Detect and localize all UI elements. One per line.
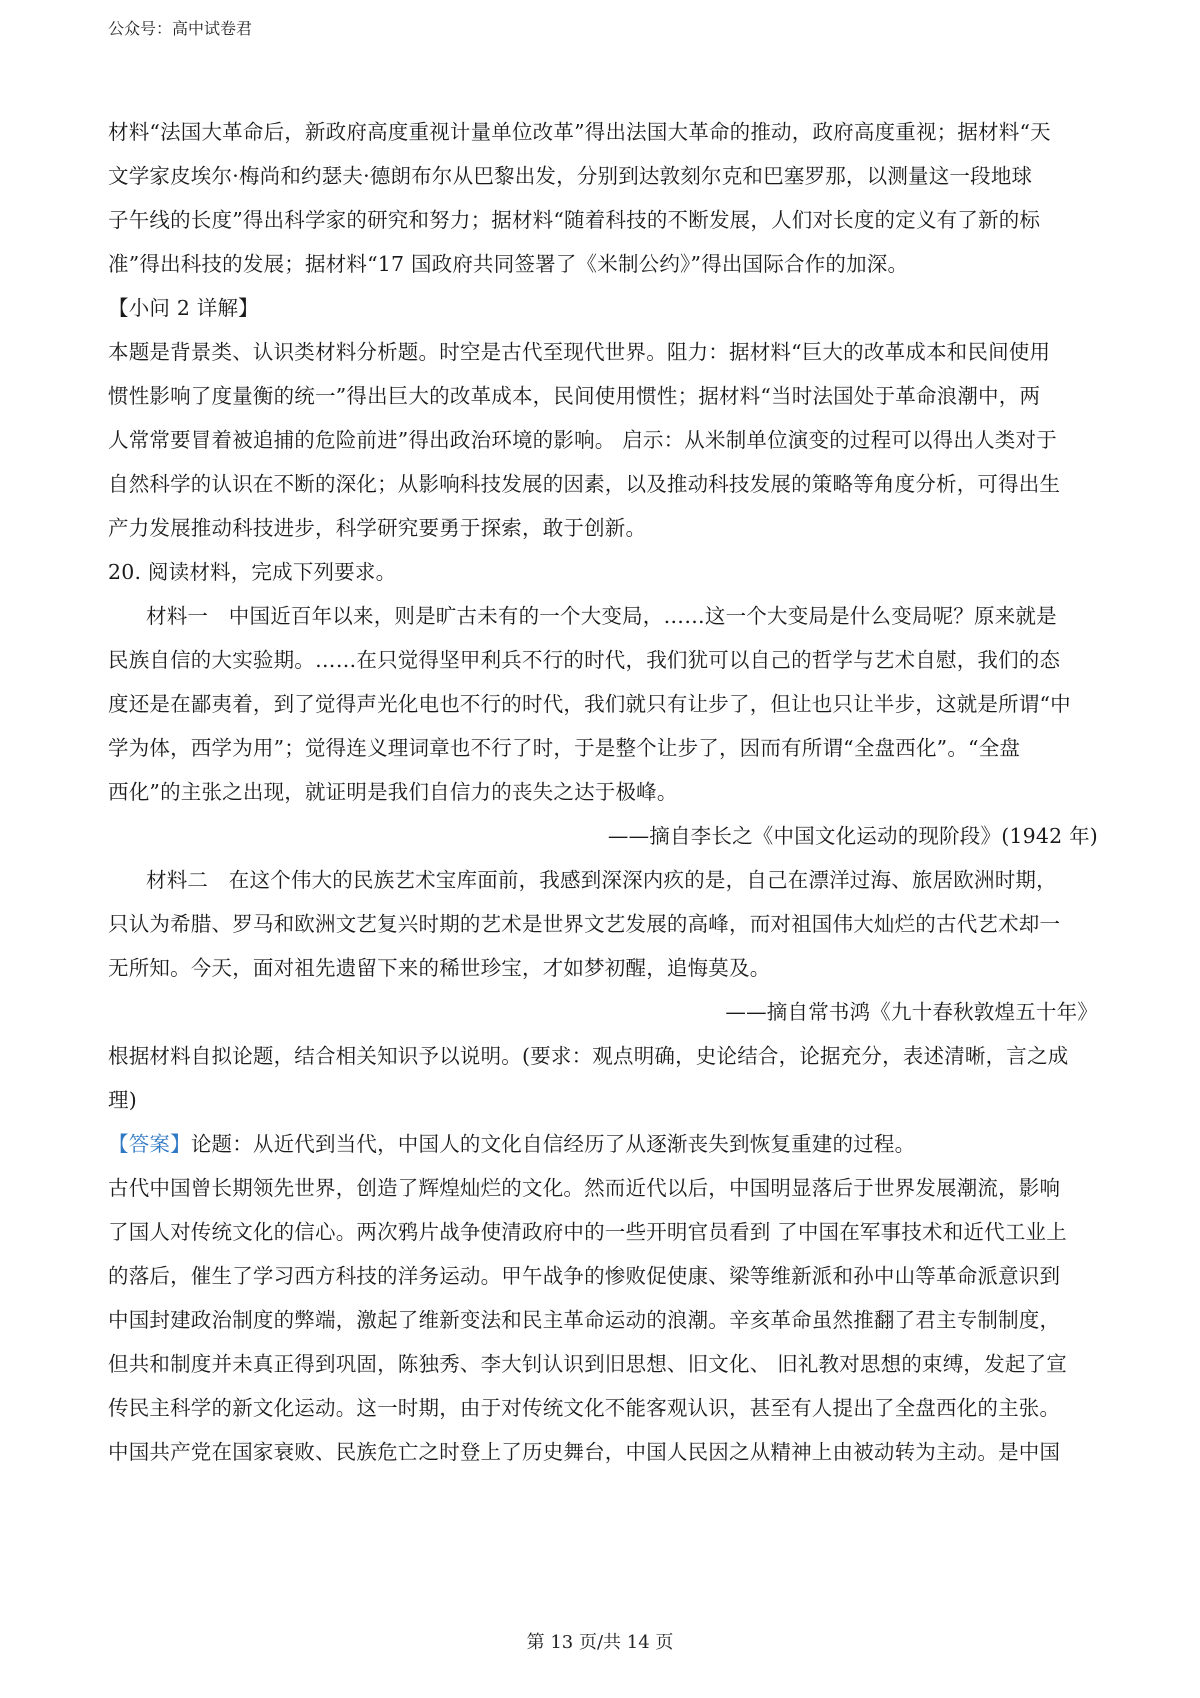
q19-part2-analysis: 【小问 2 详解】 本题是背景类、认识类材料分析题。时空是古代至现代世界。阻力：… [108, 286, 1098, 550]
answer-thesis: 论题：从近代到当代，中国人的文化自信经历了从逐渐丧失到恢复重建的过程。 [191, 1132, 916, 1156]
requirement: 根据材料自拟论题，结合相关知识予以说明。(要求：观点明确，史论结合，论据充分，表… [108, 1034, 1098, 1122]
material-2: 材料二 在这个伟大的民族艺术宝库面前，我感到深深内疚的是，自己在漂洋过海、旅居欧… [108, 858, 1098, 1034]
text-line: 中国封建政治制度的弊端，激起了维新变法和民主革命运动的浪潮。辛亥革命虽然推翻了君… [108, 1298, 1098, 1342]
material-1: 材料一 中国近百年以来，则是旷古未有的一个大变局，……这一个大变局是什么变局呢？… [108, 594, 1098, 858]
q19-part1-analysis: 材料“法国大革命后，新政府高度重视计量单位改革”得出法国大革命的推动，政府高度重… [108, 110, 1098, 286]
text-line: 传民主科学的新文化运动。这一时期，由于对传统文化不能客观认识，甚至有人提出了全盘… [108, 1386, 1098, 1430]
answer-thesis-line: 【答案】论题：从近代到当代，中国人的文化自信经历了从逐渐丧失到恢复重建的过程。 [108, 1122, 1098, 1166]
page-number: 第 13 页/共 14 页 [0, 1628, 1200, 1654]
question-title: 20. 阅读材料，完成下列要求。 [108, 550, 1098, 594]
answer-tag: 【答案】 [108, 1132, 191, 1156]
text-line: 子午线的长度”得出科学家的研究和努力；据材料“随着科技的不断发展，人们对长度的定… [108, 198, 1098, 242]
text-line: 材料二 在这个伟大的民族艺术宝库面前，我感到深深内疚的是，自己在漂洋过海、旅居欧… [108, 858, 1098, 902]
text-line: 无所知。今天，面对祖先遗留下来的稀世珍宝，才如梦初醒，追悔莫及。 [108, 946, 1098, 990]
text-line: 文学家皮埃尔·梅尚和约瑟夫·德朗布尔从巴黎出发，分别到达敦刻尔克和巴塞罗那，以测… [108, 154, 1098, 198]
text-line: 自然科学的认识在不断的深化；从影响科技发展的因素，以及推动科技发展的策略等角度分… [108, 462, 1098, 506]
text-line: 材料一 中国近百年以来，则是旷古未有的一个大变局，……这一个大变局是什么变局呢？… [108, 594, 1098, 638]
text-line: 学为体，西学为用”；觉得连义理词章也不行了时，于是整个让步了，因而有所谓“全盘西… [108, 726, 1098, 770]
section-heading: 【小问 2 详解】 [108, 286, 1098, 330]
text-line: 准”得出科技的发展；据材料“17 国政府共同签署了《米制公约》”得出国际合作的加… [108, 242, 1098, 286]
document-page: 材料“法国大革命后，新政府高度重视计量单位改革”得出法国大革命的推动，政府高度重… [108, 110, 1098, 1474]
answer-block: 【答案】论题：从近代到当代，中国人的文化自信经历了从逐渐丧失到恢复重建的过程。 … [108, 1122, 1098, 1474]
text-line: 人常常要冒着被追捕的危险前进”得出政治环境的影响。 启示：从米制单位演变的过程可… [108, 418, 1098, 462]
material-source: ——摘自常书鸿《九十春秋敦煌五十年》 [108, 990, 1098, 1034]
text-line: 根据材料自拟论题，结合相关知识予以说明。(要求：观点明确，史论结合，论据充分，表… [108, 1034, 1098, 1078]
text-line: 中国共产党在国家衰败、民族危亡之时登上了历史舞台，中国人民因之从精神上由被动转为… [108, 1430, 1098, 1474]
text-line: 但共和制度并未真正得到巩固，陈独秀、李大钊认识到旧思想、旧文化、 旧礼教对思想的… [108, 1342, 1098, 1386]
text-line: 度还是在鄙夷着，到了觉得声光化电也不行的时代，我们就只有让步了，但让也只让半步，… [108, 682, 1098, 726]
text-line: 西化”的主张之出现，就证明是我们自信力的丧失之达于极峰。 [108, 770, 1098, 814]
text-line: 民族自信的大实验期。……在只觉得坚甲利兵不行的时代，我们犹可以自己的哲学与艺术自… [108, 638, 1098, 682]
text-line: 材料“法国大革命后，新政府高度重视计量单位改革”得出法国大革命的推动，政府高度重… [108, 110, 1098, 154]
text-line: 了国人对传统文化的信心。两次鸦片战争使清政府中的一些开明官员看到 了中国在军事技… [108, 1210, 1098, 1254]
question-20: 20. 阅读材料，完成下列要求。 材料一 中国近百年以来，则是旷古未有的一个大变… [108, 550, 1098, 1474]
text-line: 的落后，催生了学习西方科技的洋务运动。甲午战争的惨败促使康、梁等维新派和孙中山等… [108, 1254, 1098, 1298]
text-line: 惯性影响了度量衡的统一”得出巨大的改革成本，民间使用惯性；据材料“当时法国处于革… [108, 374, 1098, 418]
text-line: 只认为希腊、罗马和欧洲文艺复兴时期的艺术是世界文艺发展的高峰，而对祖国伟大灿烂的… [108, 902, 1098, 946]
material-source: ——摘自李长之《中国文化运动的现阶段》(1942 年) [108, 814, 1098, 858]
header-note: 公众号：高中试卷君 [108, 16, 252, 39]
text-line: 本题是背景类、认识类材料分析题。时空是古代至现代世界。阻力：据材料“巨大的改革成… [108, 330, 1098, 374]
text-line: 产力发展推动科技进步，科学研究要勇于探索，敢于创新。 [108, 506, 1098, 550]
text-line: 理) [108, 1078, 1098, 1122]
text-line: 古代中国曾长期领先世界，创造了辉煌灿烂的文化。然而近代以后，中国明显落后于世界发… [108, 1166, 1098, 1210]
